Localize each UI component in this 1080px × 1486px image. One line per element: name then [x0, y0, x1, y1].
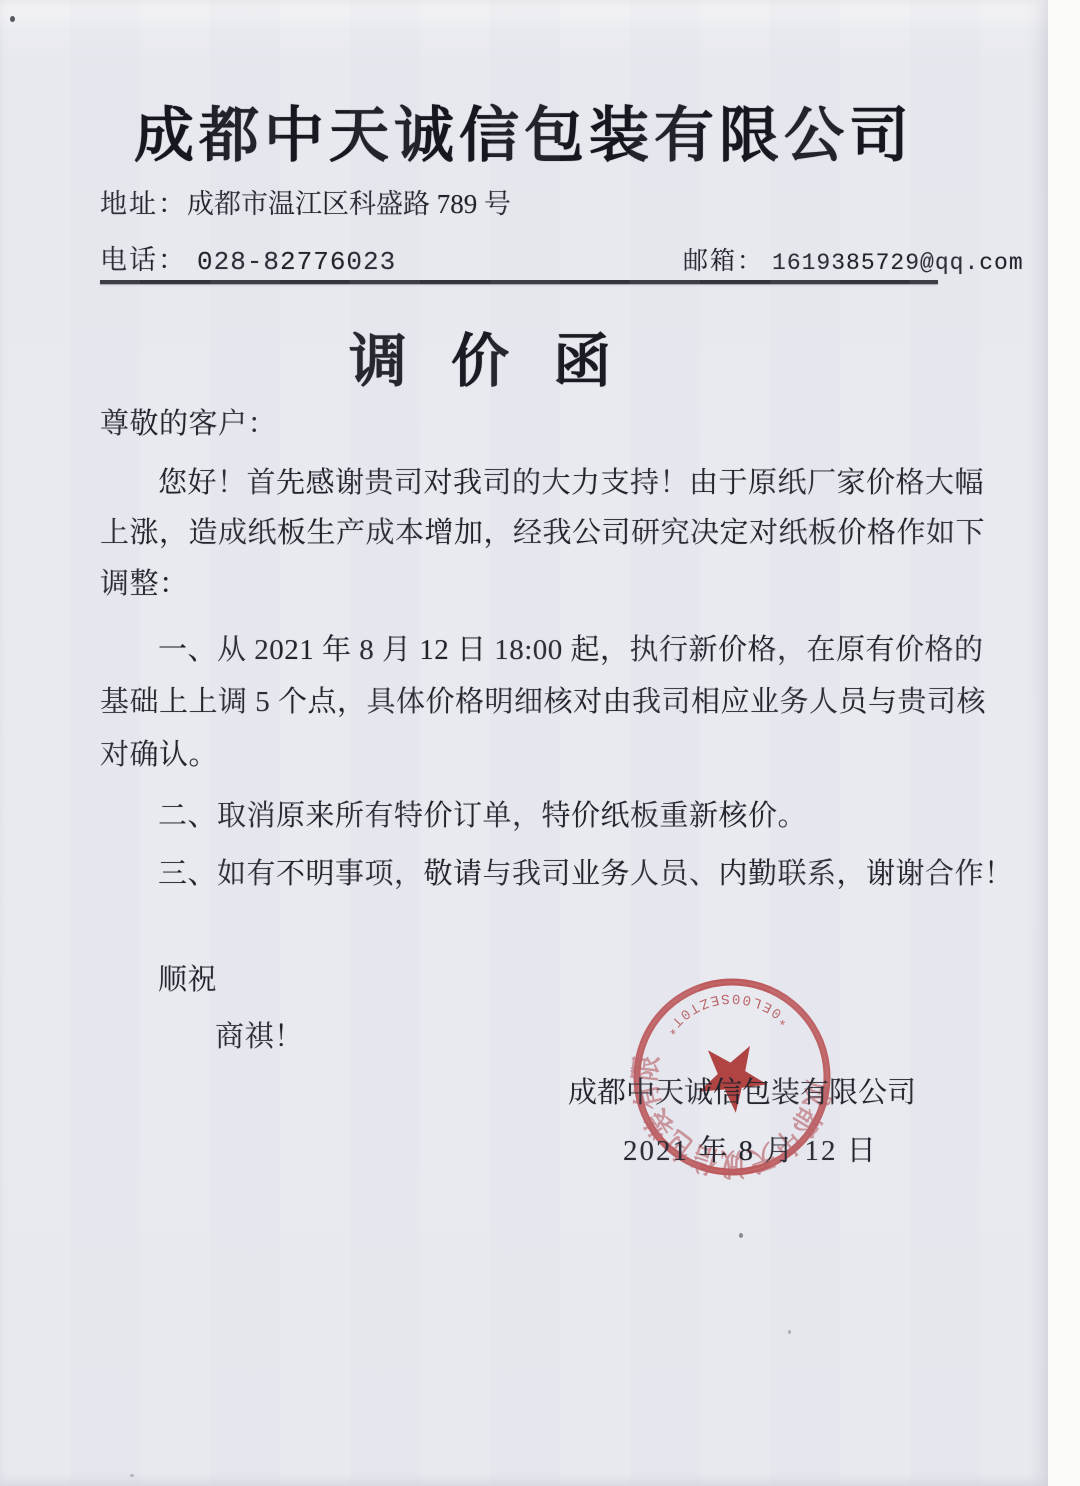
- address-value: 成都市温江区科盛路 789 号: [187, 189, 511, 219]
- scan-speck: [739, 1233, 743, 1238]
- letterhead-address-line: 地址：成都市温江区科盛路 789 号: [100, 182, 511, 221]
- scan-speck: [130, 1474, 134, 1477]
- scanned-letter-screenshot: 成都中天诚信包装有限公司 地址：成都市温江区科盛路 789 号 电话：028-8…: [0, 0, 1080, 1486]
- salutation: 尊敬的客户：: [100, 401, 277, 442]
- body-line: 一、从 2021 年 8 月 12 日 18:00 起，执行新价格，在原有价格的: [158, 627, 984, 668]
- scan-speck: [788, 1330, 791, 1334]
- letterhead-phone-line: 电话：028-82776023: [100, 238, 396, 277]
- email-label: 邮箱：: [683, 248, 764, 275]
- signature-date: 2021 年 8 月 12 日: [623, 1128, 878, 1169]
- letter-page: 成都中天诚信包装有限公司 地址：成都市温江区科盛路 789 号 电话：028-8…: [0, 0, 1048, 1486]
- phone-label: 电话：: [100, 245, 187, 275]
- seal-code-text: *0EL00SEZT0T*: [655, 983, 795, 1041]
- phone-value: 028-82776023: [197, 247, 396, 277]
- body-line: 基础上上调 5 个点，具体价格明细核对由我司相应业务人员与贵司核: [100, 679, 986, 720]
- scan-speck: [10, 16, 15, 22]
- body-line: 上涨，造成纸板生产成本增加，经我公司研究决定对纸板价格作如下: [100, 510, 985, 551]
- closing-pre: 顺祝: [158, 957, 217, 998]
- body-line: 三、如有不明事项，敬请与我司业务人员、内勤联系，谢谢合作！: [158, 851, 1014, 892]
- letterhead-divider-rule: [100, 280, 938, 284]
- body-line: 您好！首先感谢贵司对我司的大力支持！由于原纸厂家价格大幅: [158, 460, 984, 501]
- signature-company: 成都中天诚信包装有限公司: [568, 1070, 916, 1111]
- letter-title: 调价函: [0, 314, 1026, 398]
- address-label: 地址：: [100, 189, 187, 219]
- body-line: 调整：: [100, 561, 189, 602]
- email-value: 1619385729@qq.com: [772, 250, 1024, 276]
- closing-wish: 商祺！: [215, 1014, 304, 1055]
- body-line: 对确认。: [100, 732, 218, 773]
- body-line: 二、取消原来所有特价订单，特价纸板重新核价。: [158, 793, 807, 834]
- letterhead-email-line: 邮箱：1619385729@qq.com: [683, 241, 1024, 277]
- letterhead-company-name: 成都中天诚信包装有限公司: [0, 88, 1048, 174]
